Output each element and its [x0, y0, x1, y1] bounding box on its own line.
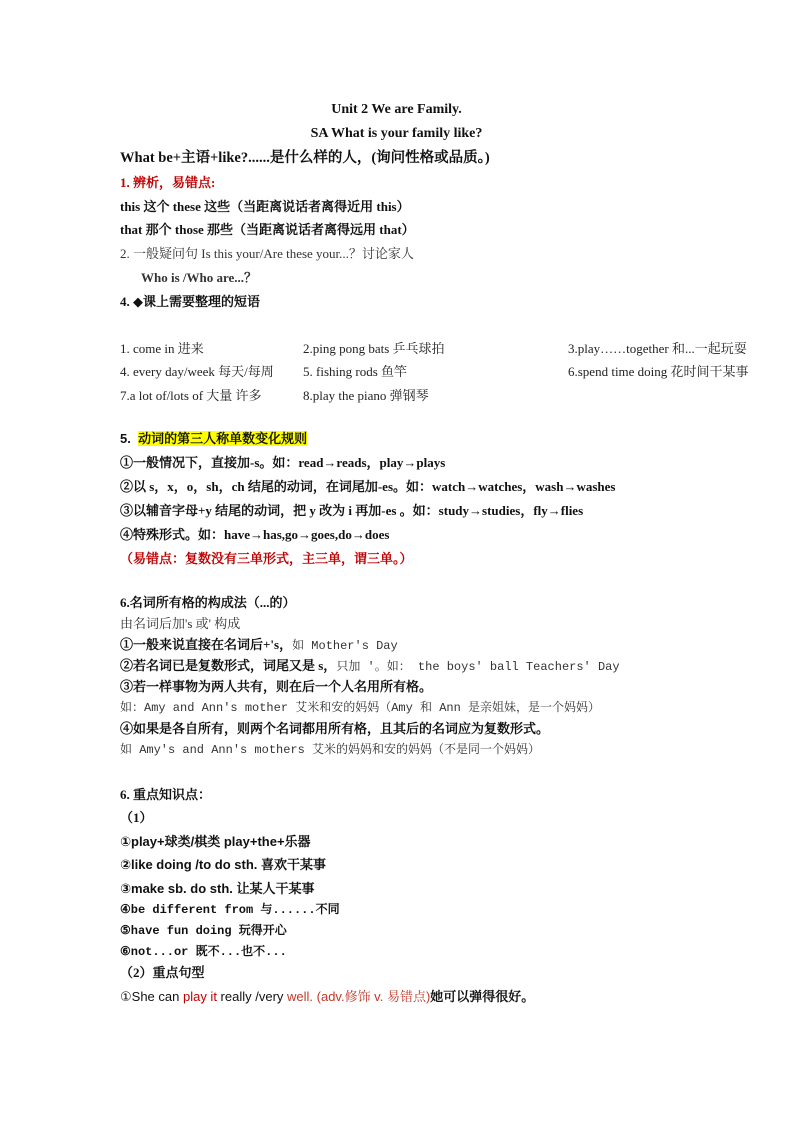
section1-line: that 那个 those 那些（当距离说话者离得远用 that）	[120, 222, 415, 238]
section2-line: Who is /Who are...？	[141, 270, 257, 286]
section5-number: 5.	[120, 431, 131, 446]
key-sentence: ①She can play it really /very well. (adv…	[120, 989, 534, 1005]
section6b-sub2: （2）重点句型	[120, 965, 205, 981]
section2-line: 2. 一般疑问句 Is this your/Are these your...？…	[120, 246, 414, 262]
section5-note: （易错点：复数没有三单形式，主三单，谓三单。）	[120, 551, 413, 567]
key-point-item: ④be different from 与......不同	[120, 902, 340, 918]
section5-rule: ①一般情况下，直接加-s。如：read→reads，play→plays	[120, 455, 445, 471]
section6b-heading: 6. 重点知识点：	[120, 787, 211, 803]
section1-line: this 这个 these 这些（当距离说话者离得近用 this）	[120, 199, 410, 215]
section6b-sub1: （1）	[120, 810, 153, 826]
phrase-item: 8.play the piano 弹钢琴	[303, 388, 429, 404]
section5-heading: 5. 动词的第三人称单数变化规则	[120, 431, 307, 447]
section6a-rule4: ④如果是各自所有，则两个名词都用所有格，且其后的名词应为复数形式。	[120, 721, 549, 737]
section6a-rule1: ①一般来说直接在名词后+'s，如 Mother's Day	[120, 637, 398, 654]
key-point-item: ③make sb. do sth. 让某人干某事	[120, 881, 314, 897]
phrase-item: 2.ping pong bats 乒乓球拍	[303, 341, 445, 357]
section1-heading: 1. 辨析，易错点:	[120, 175, 215, 191]
section5-rule: ④特殊形式。如：have→has,go→goes,do→does	[120, 527, 389, 543]
section6a-heading: 6.名词所有格的构成法（...的）	[120, 595, 296, 611]
document-title: Unit 2 We are Family.	[0, 102, 793, 118]
phrase-item: 6.spend time doing 花时间干某事	[568, 364, 749, 380]
phrase-item: 4. every day/week 每天/每周	[120, 364, 274, 380]
section5-rule: ②以 s，x，o，sh，ch 结尾的动词，在词尾加-es。如：watch→wat…	[120, 479, 615, 495]
phrase-item: 1. come in 进来	[120, 341, 204, 357]
section5-rule: ③以辅音字母+y 结尾的动词，把 y 改为 i 再加-es 。如：study→s…	[120, 503, 583, 519]
section4-heading: 4. ◆课上需要整理的短语	[120, 294, 260, 310]
key-point-item: ②like doing /to do sth. 喜欢干某事	[120, 857, 326, 873]
section6a-rule2: ②若名词已是复数形式，词尾又是 s，只加 '。如： the boys' ball…	[120, 658, 620, 675]
intro-line: What be+主语+like?......是什么样的人，(询问性格或品质。)	[120, 150, 490, 166]
key-point-item: ①play+球类/棋类 play+the+乐器	[120, 834, 311, 850]
section6a-desc: 由名词后加's 或' 构成	[120, 616, 240, 632]
section6a-rule4-example: 如 Amy's and Ann's mothers 艾米的妈妈和安的妈妈（不是同…	[120, 742, 540, 758]
phrase-item: 5. fishing rods 鱼竿	[303, 364, 407, 380]
key-point-item: ⑥not...or 既不...也不...	[120, 944, 287, 960]
section6a-rule3-example: 如：Amy and Ann's mother 艾米和安的妈妈（Amy 和 Ann…	[120, 700, 600, 716]
section6a-rule3: ③若一样事物为两人共有，则在后一个人名用所有格。	[120, 679, 432, 695]
document-subtitle: SA What is your family like?	[0, 126, 793, 142]
phrase-item: 3.play……together 和...一起玩耍	[568, 341, 747, 357]
key-point-item: ⑤have fun doing 玩得开心	[120, 923, 287, 939]
phrase-item: 7.a lot of/lots of 大量 许多	[120, 388, 262, 404]
section5-title: 动词的第三人称单数变化规则	[138, 431, 307, 446]
